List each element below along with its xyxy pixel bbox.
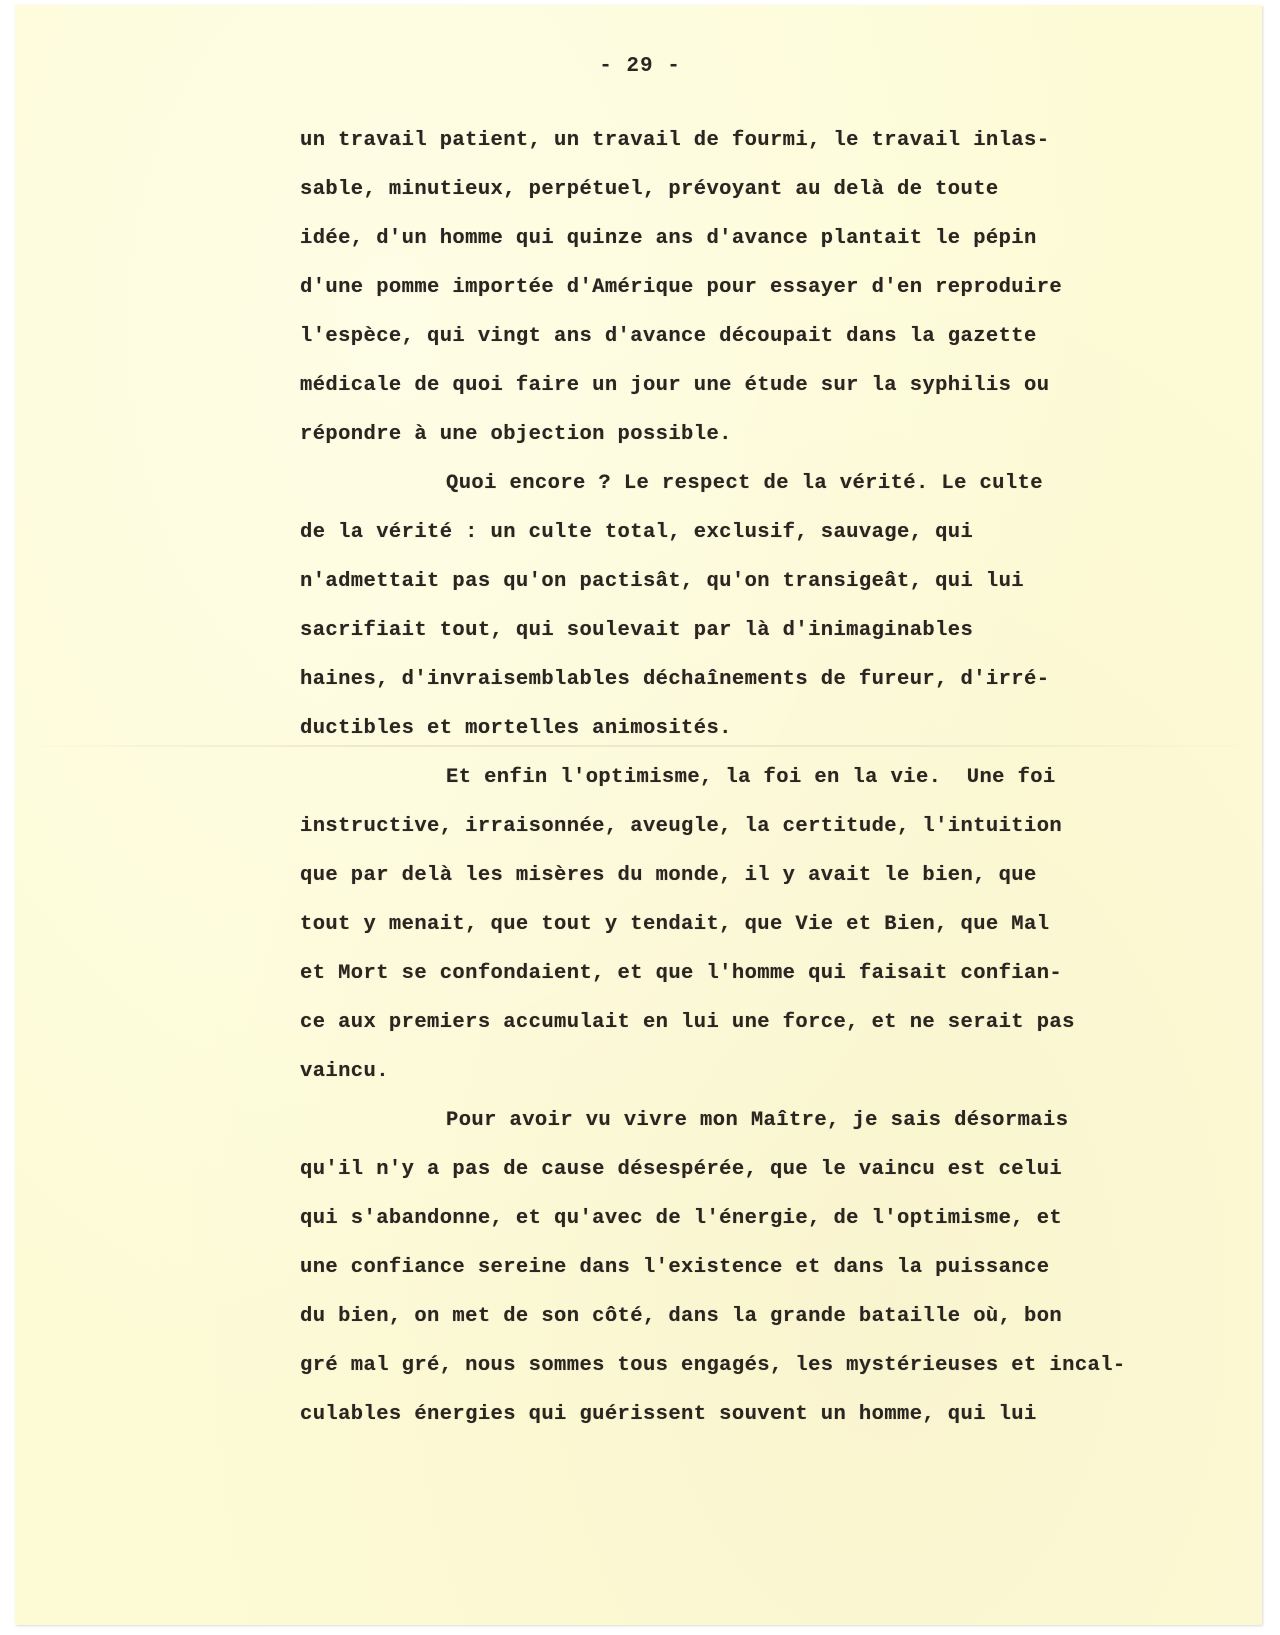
paragraph-first-line: Et enfin l'optimisme, la foi en la vie. … — [300, 763, 1260, 812]
text-line: répondre à une objection possible. — [300, 420, 1260, 469]
text-line: gré mal gré, nous sommes tous engagés, l… — [300, 1351, 1260, 1400]
text-line: d'une pomme importée d'Amérique pour ess… — [300, 273, 1260, 322]
text-line: un travail patient, un travail de fourmi… — [300, 126, 1260, 175]
text-line: une confiance sereine dans l'existence e… — [300, 1253, 1260, 1302]
text-line: idée, d'un homme qui quinze ans d'avance… — [300, 224, 1260, 273]
text-line: sacrifiait tout, qui soulevait par là d'… — [300, 616, 1260, 665]
body-text: un travail patient, un travail de fourmi… — [300, 126, 1260, 1449]
text-line: qu'il n'y a pas de cause désespérée, que… — [300, 1155, 1260, 1204]
text-line: l'espèce, qui vingt ans d'avance découpa… — [300, 322, 1260, 371]
text-line: n'admettait pas qu'on pactisât, qu'on tr… — [300, 567, 1260, 616]
text-line: sable, minutieux, perpétuel, prévoyant a… — [300, 175, 1260, 224]
text-line: culables énergies qui guérissent souvent… — [300, 1400, 1260, 1449]
paragraph-first-line: Pour avoir vu vivre mon Maître, je sais … — [300, 1106, 1260, 1155]
text-line: que par delà les misères du monde, il y … — [300, 861, 1260, 910]
text-line: qui s'abandonne, et qu'avec de l'énergie… — [300, 1204, 1260, 1253]
page-number: - 29 - — [0, 55, 1280, 78]
text-line: vaincu. — [300, 1057, 1260, 1106]
text-line: haines, d'invraisemblables déchaînements… — [300, 665, 1260, 714]
text-line: de la vérité : un culte total, exclusif,… — [300, 518, 1260, 567]
text-line: ductibles et mortelles animosités. — [300, 714, 1260, 763]
paragraph-first-line: Quoi encore ? Le respect de la vérité. L… — [300, 469, 1260, 518]
text-line: et Mort se confondaient, et que l'homme … — [300, 959, 1260, 1008]
text-line: du bien, on met de son côté, dans la gra… — [300, 1302, 1260, 1351]
text-line: tout y menait, que tout y tendait, que V… — [300, 910, 1260, 959]
text-line: ce aux premiers accumulait en lui une fo… — [300, 1008, 1260, 1057]
text-line: médicale de quoi faire un jour une étude… — [300, 371, 1260, 420]
text-line: instructive, irraisonnée, aveugle, la ce… — [300, 812, 1260, 861]
